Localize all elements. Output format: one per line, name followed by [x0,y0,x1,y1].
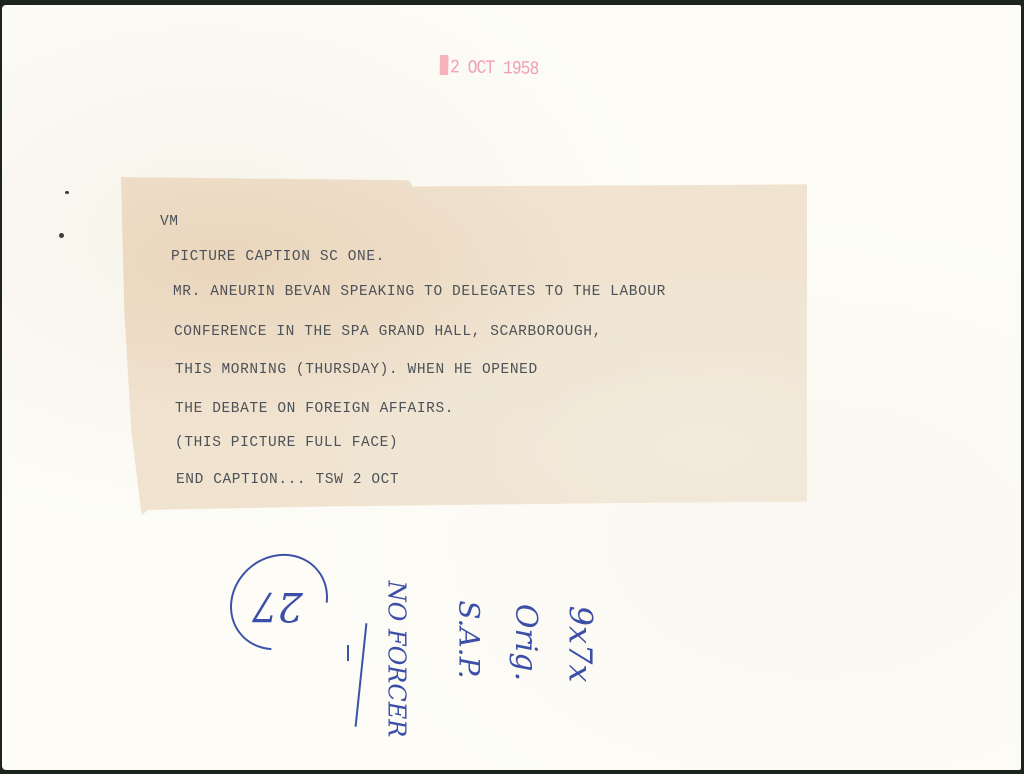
photo-back-sheet: 2 OCT 1958 VM PICTURE CAPTION SC ONE. MR… [2,5,1021,770]
stamp-mark-icon [440,55,449,75]
date-stamp: 2 OCT 1958 [440,55,539,80]
caption-line-title: PICTURE CAPTION SC ONE. [171,249,385,265]
caption-text-block: VM PICTURE CAPTION SC ONE. MR. ANEURIN B… [2,5,39,165]
caption-line-end: END CAPTION... TSW 2 OCT [176,472,399,488]
caption-line-routing: VM [160,214,179,230]
ink-speck [59,233,64,238]
caption-line-body: THE DEBATE ON FOREIGN AFFAIRS. [175,401,454,417]
ink-speck [65,191,69,194]
caption-line-note: (THIS PICTURE FULL FACE) [175,435,398,451]
handwritten-dash [347,645,349,661]
handwritten-note-size: 9x7x [561,606,599,683]
caption-line-body: CONFERENCE IN THE SPA GRAND HALL, SCARBO… [174,324,602,340]
stamp-date: 2 OCT 1958 [450,56,539,80]
caption-slip [121,177,807,515]
handwritten-note-no-forcer: NO FORCER [382,581,410,738]
caption-line-body: THIS MORNING (THURSDAY). WHEN HE OPENED [175,362,538,378]
handwritten-note-sap: S.A.P. [453,600,486,678]
caption-line-body: MR. ANEURIN BEVAN SPEAKING TO DELEGATES … [173,284,666,300]
handwritten-note-orig: Orig. [508,604,543,681]
handwritten-underline [355,623,368,727]
circled-number: 27 [252,583,303,629]
